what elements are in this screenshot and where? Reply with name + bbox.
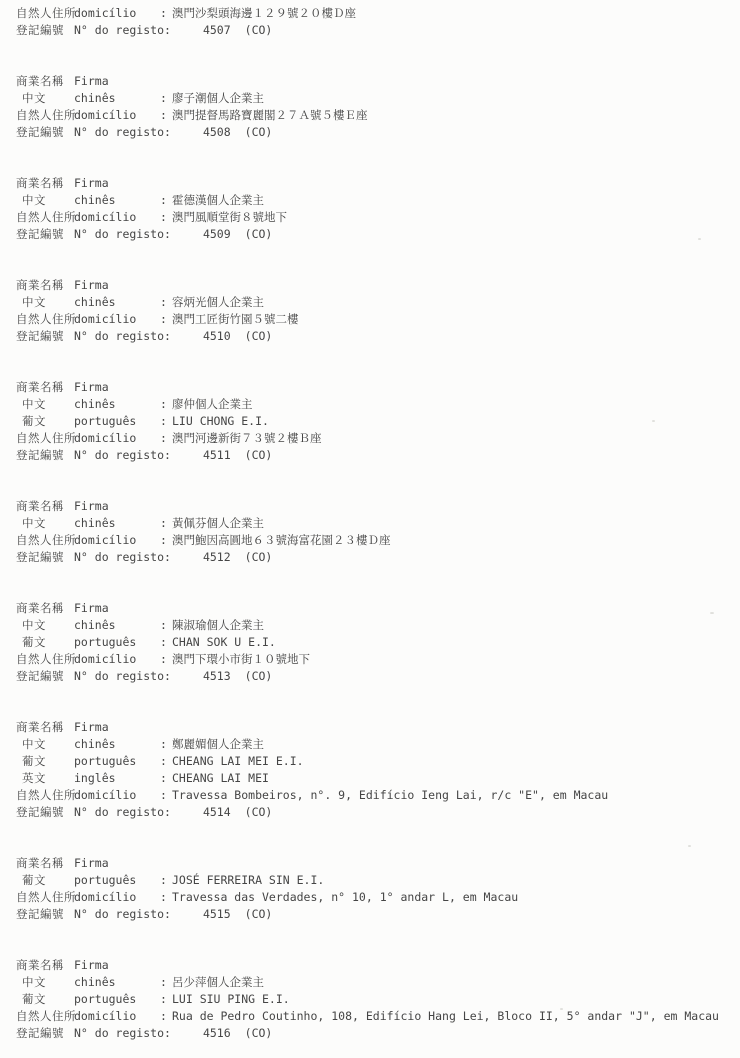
registry-row: 登記編號 N° do registo: 4515 (CO): [16, 906, 732, 923]
registry-label-zh: 登記編號: [16, 906, 74, 923]
scan-speckle: [560, 1008, 563, 1010]
firm-header-row: 商業名稱 Firma: [16, 600, 732, 617]
colon: :: [160, 753, 172, 770]
portuguese-name-value: LIU CHONG E.I.: [172, 413, 269, 430]
address-label-pt: domicílio: [74, 532, 160, 549]
registry-suffix: (CO): [245, 447, 273, 464]
address-row: 自然人住所 domicílio : Travessa Bombeiros, n°…: [16, 787, 732, 804]
colon: :: [160, 1008, 172, 1025]
firm-label-zh: 商業名稱: [16, 379, 74, 396]
registry-label-pt: N° do registo:: [74, 906, 171, 923]
address-row: 自然人住所 domicílio : 澳門風順堂街８號地下: [16, 209, 732, 226]
address-value: 澳門沙梨頭海邊１２９號２０樓Ｄ座: [172, 5, 356, 22]
registry-label-zh: 登記編號: [16, 447, 74, 464]
colon: :: [160, 90, 172, 107]
address-label-pt: domicílio: [74, 787, 160, 804]
registry-row: 登記編號 N° do registo: 4508 (CO): [16, 124, 732, 141]
english-name-row: 英文 inglês : CHEANG LAI MEI: [16, 770, 732, 787]
firm-label-zh: 商業名稱: [16, 277, 74, 294]
registry-number: 4515: [203, 906, 231, 923]
chinese-name-value: 廖仲個人企業主: [172, 396, 253, 413]
address-label-pt: domicílio: [74, 1008, 160, 1025]
registry-entry: 商業名稱 Firma 中文 chinês : 廖子潮個人企業主 自然人住所 do…: [16, 73, 732, 141]
colon: :: [160, 770, 172, 787]
colon: :: [160, 209, 172, 226]
chinese-name-row: 中文 chinês : 陳淑瑜個人企業主: [16, 617, 732, 634]
registry-label-pt: N° do registo:: [74, 328, 171, 345]
chinese-label-zh: 中文: [16, 617, 74, 634]
registry-label-zh: 登記編號: [16, 328, 74, 345]
chinese-name-value: 黃佩芬個人企業主: [172, 515, 264, 532]
chinese-name-value: 容炳光個人企業主: [172, 294, 264, 311]
registry-label-zh: 登記編號: [16, 668, 74, 685]
chinese-name-value: 呂少萍個人企業主: [172, 974, 264, 991]
address-label-zh: 自然人住所: [16, 651, 74, 668]
address-label-zh: 自然人住所: [16, 532, 74, 549]
english-name-value: CHEANG LAI MEI: [172, 770, 269, 787]
address-label-zh: 自然人住所: [16, 430, 74, 447]
firm-label-pt: Firma: [74, 855, 160, 872]
address-row: 自然人住所 domicílio : 澳門沙梨頭海邊１２９號２０樓Ｄ座: [16, 5, 732, 22]
firm-label-pt: Firma: [74, 73, 160, 90]
address-row: 自然人住所 domicílio : 澳門鮑因高圓地６３號海富花園２３樓Ｄ座: [16, 532, 732, 549]
registry-label-zh: 登記編號: [16, 226, 74, 243]
chinese-label-zh: 中文: [16, 90, 74, 107]
portuguese-label-pt: português: [74, 413, 160, 430]
colon: :: [160, 889, 172, 906]
address-value: 澳門河邊新街７３號２樓Ｂ座: [172, 430, 322, 447]
colon: :: [160, 532, 172, 549]
registry-row: 登記編號 N° do registo: 4516 (CO): [16, 1025, 732, 1042]
registry-label-pt: N° do registo:: [74, 549, 171, 566]
address-value: 澳門鮑因高圓地６３號海富花園２３樓Ｄ座: [172, 532, 391, 549]
chinese-label-pt: chinês: [74, 192, 160, 209]
firm-label-pt: Firma: [74, 175, 160, 192]
registry-label-zh: 登記編號: [16, 549, 74, 566]
registry-number: 4511: [203, 447, 231, 464]
chinese-label-pt: chinês: [74, 617, 160, 634]
registry-entry: 商業名稱 Firma 中文 chinês : 容炳光個人企業主 自然人住所 do…: [16, 277, 732, 345]
registry-suffix: (CO): [245, 1025, 273, 1042]
registry-suffix: (CO): [245, 124, 273, 141]
address-label-pt: domicílio: [74, 651, 160, 668]
registry-row: 登記編號 N° do registo: 4509 (CO): [16, 226, 732, 243]
address-row: 自然人住所 domicílio : Travessa das Verdades,…: [16, 889, 732, 906]
registry-suffix: (CO): [245, 22, 273, 39]
portuguese-label-pt: português: [74, 753, 160, 770]
registry-number: 4509: [203, 226, 231, 243]
address-label-pt: domicílio: [74, 5, 160, 22]
scan-speckle: [652, 420, 655, 422]
portuguese-label-zh: 葡文: [16, 753, 74, 770]
portuguese-label-zh: 葡文: [16, 991, 74, 1008]
firm-header-row: 商業名稱 Firma: [16, 379, 732, 396]
portuguese-label-zh: 葡文: [16, 413, 74, 430]
colon: :: [160, 311, 172, 328]
address-label-pt: domicílio: [74, 889, 160, 906]
address-value: Travessa das Verdades, n° 10, 1° andar L…: [172, 889, 518, 906]
chinese-name-row: 中文 chinês : 廖子潮個人企業主: [16, 90, 732, 107]
address-row: 自然人住所 domicílio : 澳門工匠街竹園５號二樓: [16, 311, 732, 328]
registry-entry: 商業名稱 Firma 中文 chinês : 廖仲個人企業主 葡文 portug…: [16, 379, 732, 464]
portuguese-name-value: LUI SIU PING E.I.: [172, 991, 290, 1008]
address-label-zh: 自然人住所: [16, 889, 74, 906]
chinese-name-row: 中文 chinês : 呂少萍個人企業主: [16, 974, 732, 991]
portuguese-label-pt: português: [74, 872, 160, 889]
address-value: 澳門風順堂街８號地下: [172, 209, 287, 226]
registry-number: 4510: [203, 328, 231, 345]
registry-row: 登記編號 N° do registo: 4507 (CO): [16, 22, 732, 39]
chinese-name-value: 廖子潮個人企業主: [172, 90, 264, 107]
portuguese-label-zh: 葡文: [16, 872, 74, 889]
portuguese-name-row: 葡文 português : LIU CHONG E.I.: [16, 413, 732, 430]
registry-label-zh: 登記編號: [16, 124, 74, 141]
firm-header-row: 商業名稱 Firma: [16, 719, 732, 736]
registry-label-zh: 登記編號: [16, 804, 74, 821]
registry-label-pt: N° do registo:: [74, 804, 171, 821]
firm-label-pt: Firma: [74, 379, 160, 396]
chinese-label-zh: 中文: [16, 192, 74, 209]
registry-number: 4513: [203, 668, 231, 685]
entries-list: 自然人住所 domicílio : 澳門沙梨頭海邊１２９號２０樓Ｄ座 登記編號 …: [16, 5, 732, 1042]
registry-label-pt: N° do registo:: [74, 22, 171, 39]
colon: :: [160, 5, 172, 22]
firm-label-zh: 商業名稱: [16, 855, 74, 872]
address-label-zh: 自然人住所: [16, 209, 74, 226]
address-value: 澳門工匠街竹園５號二樓: [172, 311, 299, 328]
firm-label-zh: 商業名稱: [16, 73, 74, 90]
registry-number: 4516: [203, 1025, 231, 1042]
address-value: 澳門提督馬路寶麗閣２７Ａ號５樓Ｅ座: [172, 107, 368, 124]
chinese-label-pt: chinês: [74, 515, 160, 532]
registry-row: 登記編號 N° do registo: 4513 (CO): [16, 668, 732, 685]
colon: :: [160, 651, 172, 668]
colon: :: [160, 617, 172, 634]
registry-label-pt: N° do registo:: [74, 447, 171, 464]
registry-label-pt: N° do registo:: [74, 124, 171, 141]
registry-entry: 商業名稱 Firma 中文 chinês : 黃佩芬個人企業主 自然人住所 do…: [16, 498, 732, 566]
portuguese-label-pt: português: [74, 634, 160, 651]
firm-label-pt: Firma: [74, 719, 160, 736]
colon: :: [160, 430, 172, 447]
colon: :: [160, 107, 172, 124]
scan-speckle: [698, 238, 701, 240]
firm-label-pt: Firma: [74, 957, 160, 974]
address-label-pt: domicílio: [74, 311, 160, 328]
address-row: 自然人住所 domicílio : 澳門下環小市街１０號地下: [16, 651, 732, 668]
registry-number: 4512: [203, 549, 231, 566]
registry-label-pt: N° do registo:: [74, 1025, 171, 1042]
portuguese-name-row: 葡文 português : CHEANG LAI MEI E.I.: [16, 753, 732, 770]
address-value: Rua de Pedro Coutinho, 108, Edifício Han…: [172, 1008, 719, 1025]
firm-label-zh: 商業名稱: [16, 175, 74, 192]
colon: :: [160, 294, 172, 311]
colon: :: [160, 413, 172, 430]
chinese-label-zh: 中文: [16, 396, 74, 413]
registry-suffix: (CO): [245, 804, 273, 821]
registry-entry: 自然人住所 domicílio : 澳門沙梨頭海邊１２９號２０樓Ｄ座 登記編號 …: [16, 5, 732, 39]
address-row: 自然人住所 domicílio : 澳門河邊新街７３號２樓Ｂ座: [16, 430, 732, 447]
chinese-label-pt: chinês: [74, 90, 160, 107]
colon: :: [160, 736, 172, 753]
firm-header-row: 商業名稱 Firma: [16, 277, 732, 294]
address-label-zh: 自然人住所: [16, 1008, 74, 1025]
registry-label-zh: 登記編號: [16, 22, 74, 39]
address-label-zh: 自然人住所: [16, 311, 74, 328]
chinese-label-zh: 中文: [16, 736, 74, 753]
registry-label-pt: N° do registo:: [74, 226, 171, 243]
registry-document: 自然人住所 domicílio : 澳門沙梨頭海邊１２９號２０樓Ｄ座 登記編號 …: [0, 0, 740, 1042]
registry-suffix: (CO): [245, 906, 273, 923]
registry-entry: 商業名稱 Firma 中文 chinês : 霍德漢個人企業主 自然人住所 do…: [16, 175, 732, 243]
chinese-label-pt: chinês: [74, 294, 160, 311]
registry-number: 4508: [203, 124, 231, 141]
portuguese-label-pt: português: [74, 991, 160, 1008]
address-value: 澳門下環小市街１０號地下: [172, 651, 310, 668]
portuguese-name-row: 葡文 português : JOSÉ FERREIRA SIN E.I.: [16, 872, 732, 889]
colon: :: [160, 872, 172, 889]
portuguese-label-zh: 葡文: [16, 634, 74, 651]
portuguese-name-value: JOSÉ FERREIRA SIN E.I.: [172, 872, 324, 889]
registry-entry: 商業名稱 Firma 中文 chinês : 呂少萍個人企業主 葡文 portu…: [16, 957, 732, 1042]
address-label-zh: 自然人住所: [16, 787, 74, 804]
registry-entry: 商業名稱 Firma 葡文 português : JOSÉ FERREIRA …: [16, 855, 732, 923]
colon: :: [160, 974, 172, 991]
chinese-label-pt: chinês: [74, 396, 160, 413]
colon: :: [160, 634, 172, 651]
registry-entry: 商業名稱 Firma 中文 chinês : 陳淑瑜個人企業主 葡文 portu…: [16, 600, 732, 685]
address-label-zh: 自然人住所: [16, 5, 74, 22]
chinese-label-pt: chinês: [74, 736, 160, 753]
registry-suffix: (CO): [245, 328, 273, 345]
firm-header-row: 商業名稱 Firma: [16, 73, 732, 90]
registry-row: 登記編號 N° do registo: 4512 (CO): [16, 549, 732, 566]
registry-row: 登記編號 N° do registo: 4514 (CO): [16, 804, 732, 821]
portuguese-name-value: CHEANG LAI MEI E.I.: [172, 753, 304, 770]
registry-suffix: (CO): [245, 668, 273, 685]
address-value: Travessa Bombeiros, n°. 9, Edifício Ieng…: [172, 787, 608, 804]
chinese-label-zh: 中文: [16, 294, 74, 311]
portuguese-name-row: 葡文 português : LUI SIU PING E.I.: [16, 991, 732, 1008]
registry-suffix: (CO): [245, 549, 273, 566]
registry-label-zh: 登記編號: [16, 1025, 74, 1042]
chinese-label-pt: chinês: [74, 974, 160, 991]
address-label-pt: domicílio: [74, 430, 160, 447]
colon: :: [160, 991, 172, 1008]
firm-label-pt: Firma: [74, 277, 160, 294]
chinese-name-row: 中文 chinês : 鄭麗媚個人企業主: [16, 736, 732, 753]
address-row: 自然人住所 domicílio : 澳門提督馬路寶麗閣２７Ａ號５樓Ｅ座: [16, 107, 732, 124]
chinese-name-row: 中文 chinês : 容炳光個人企業主: [16, 294, 732, 311]
chinese-name-row: 中文 chinês : 霍德漢個人企業主: [16, 192, 732, 209]
firm-label-zh: 商業名稱: [16, 498, 74, 515]
chinese-name-value: 陳淑瑜個人企業主: [172, 617, 264, 634]
firm-header-row: 商業名稱 Firma: [16, 957, 732, 974]
colon: :: [160, 396, 172, 413]
firm-label-pt: Firma: [74, 600, 160, 617]
address-row: 自然人住所 domicílio : Rua de Pedro Coutinho,…: [16, 1008, 732, 1025]
portuguese-name-row: 葡文 português : CHAN SOK U E.I.: [16, 634, 732, 651]
address-label-pt: domicílio: [74, 107, 160, 124]
chinese-label-zh: 中文: [16, 515, 74, 532]
chinese-name-value: 霍德漢個人企業主: [172, 192, 264, 209]
chinese-name-row: 中文 chinês : 廖仲個人企業主: [16, 396, 732, 413]
registry-suffix: (CO): [245, 226, 273, 243]
colon: :: [160, 515, 172, 532]
firm-label-zh: 商業名稱: [16, 957, 74, 974]
english-label-zh: 英文: [16, 770, 74, 787]
registry-row: 登記編號 N° do registo: 4511 (CO): [16, 447, 732, 464]
colon: :: [160, 787, 172, 804]
english-label-pt: inglês: [74, 770, 160, 787]
firm-label-zh: 商業名稱: [16, 600, 74, 617]
registry-entry: 商業名稱 Firma 中文 chinês : 鄭麗媚個人企業主 葡文 portu…: [16, 719, 732, 821]
address-label-pt: domicílio: [74, 209, 160, 226]
firm-label-zh: 商業名稱: [16, 719, 74, 736]
colon: :: [160, 192, 172, 209]
scan-speckle: [710, 612, 714, 614]
registry-row: 登記編號 N° do registo: 4510 (CO): [16, 328, 732, 345]
portuguese-name-value: CHAN SOK U E.I.: [172, 634, 276, 651]
firm-header-row: 商業名稱 Firma: [16, 498, 732, 515]
chinese-name-row: 中文 chinês : 黃佩芬個人企業主: [16, 515, 732, 532]
registry-label-pt: N° do registo:: [74, 668, 171, 685]
firm-header-row: 商業名稱 Firma: [16, 855, 732, 872]
scan-speckle: [688, 845, 691, 847]
firm-label-pt: Firma: [74, 498, 160, 515]
chinese-label-zh: 中文: [16, 974, 74, 991]
registry-number: 4507: [203, 22, 231, 39]
address-label-zh: 自然人住所: [16, 107, 74, 124]
firm-header-row: 商業名稱 Firma: [16, 175, 732, 192]
chinese-name-value: 鄭麗媚個人企業主: [172, 736, 264, 753]
registry-number: 4514: [203, 804, 231, 821]
